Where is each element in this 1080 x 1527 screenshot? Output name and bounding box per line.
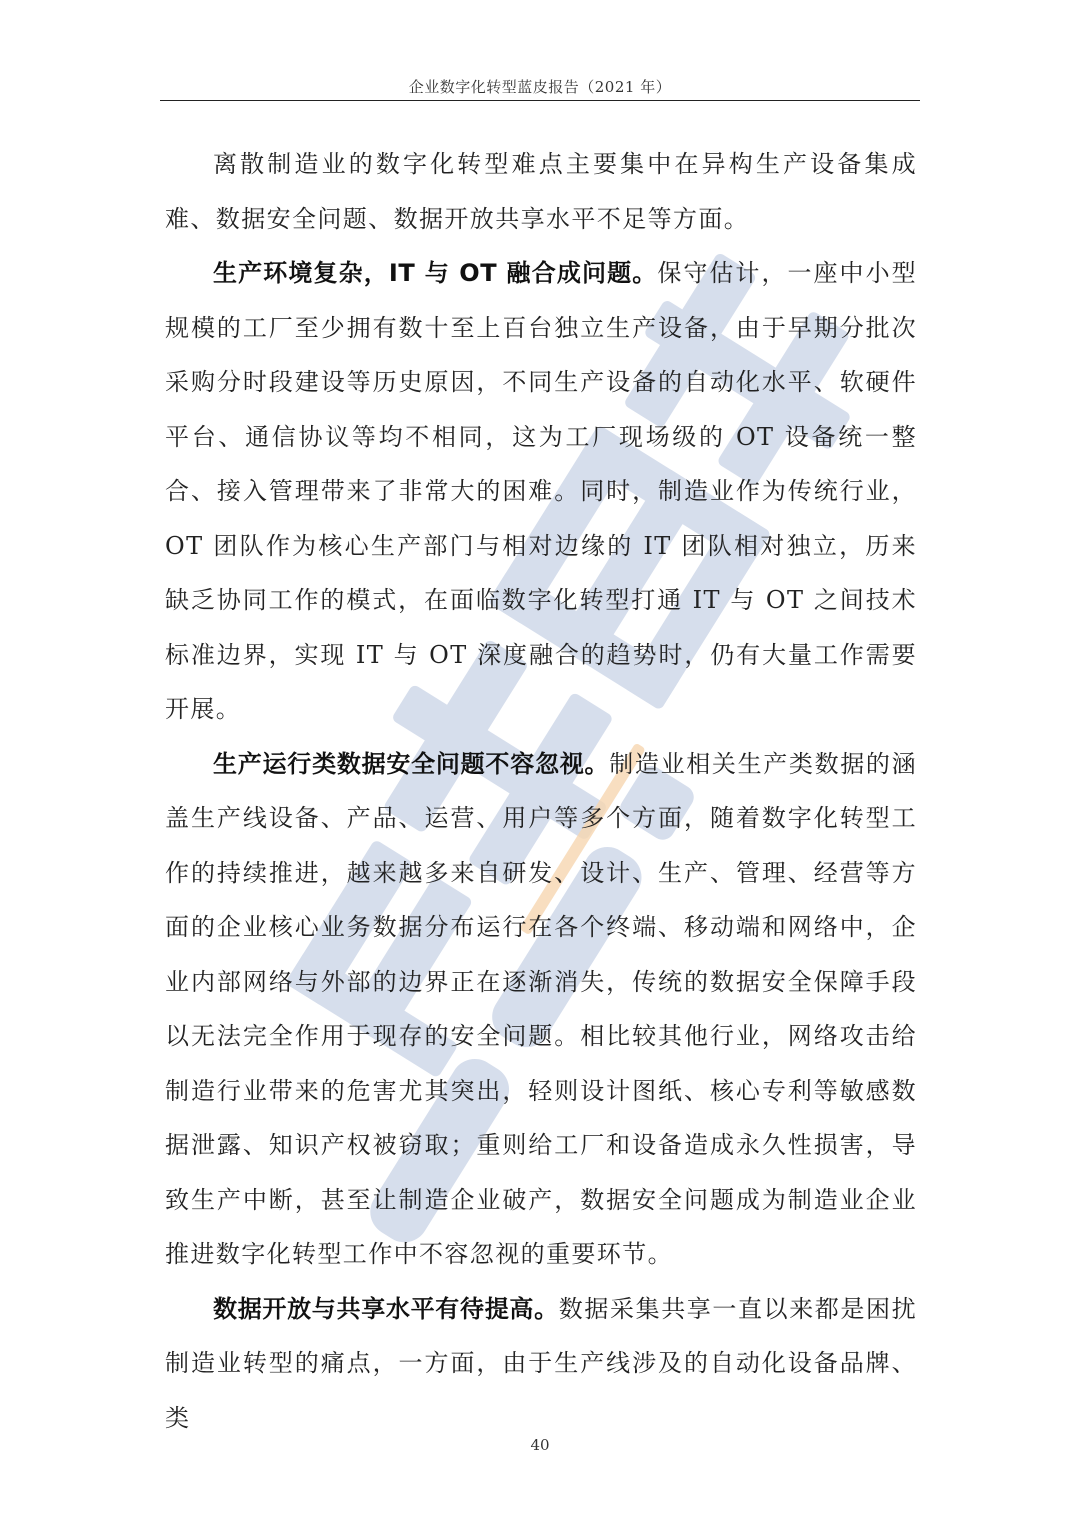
paragraph-lead: 数据开放与共享水平有待提高。 <box>213 1295 559 1323</box>
header-divider <box>160 100 920 101</box>
paragraph-it-ot-integration: 生产环境复杂，IT 与 OT 融合成问题。保守估计，一座中小型规模的工厂至少拥有… <box>165 246 917 737</box>
paragraph-intro: 离散制造业的数字化转型难点主要集中在异构生产设备集成难、数据安全问题、数据开放共… <box>165 137 917 246</box>
paragraph-data-security: 生产运行类数据安全问题不容忽视。制造业相关生产类数据的涵盖生产线设备、产品、运营… <box>165 737 917 1282</box>
paragraph-body: 制造业相关生产类数据的涵盖生产线设备、产品、运营、用户等多个方面，随着数字化转型… <box>165 750 917 1269</box>
paragraph-lead: 生产环境复杂，IT 与 OT 融合成问题。 <box>213 259 657 287</box>
paragraph-lead: 生产运行类数据安全问题不容忽视。 <box>213 750 609 778</box>
page-number: 40 <box>0 1436 1080 1454</box>
document-page: 企业数字化转型蓝皮报告（2021 年） 离散制造业的数字化转型难点主要集中在异构… <box>0 0 1080 1527</box>
paragraph-body: 离散制造业的数字化转型难点主要集中在异构生产设备集成难、数据安全问题、数据开放共… <box>165 150 917 233</box>
paragraph-body: 保守估计，一座中小型规模的工厂至少拥有数十至上百台独立生产设备，由于早期分批次采… <box>165 259 917 723</box>
body-text: 离散制造业的数字化转型难点主要集中在异构生产设备集成难、数据安全问题、数据开放共… <box>165 137 917 1445</box>
running-header: 企业数字化转型蓝皮报告（2021 年） <box>160 76 920 97</box>
paragraph-data-sharing: 数据开放与共享水平有待提高。数据采集共享一直以来都是困扰制造业转型的痛点，一方面… <box>165 1282 917 1446</box>
